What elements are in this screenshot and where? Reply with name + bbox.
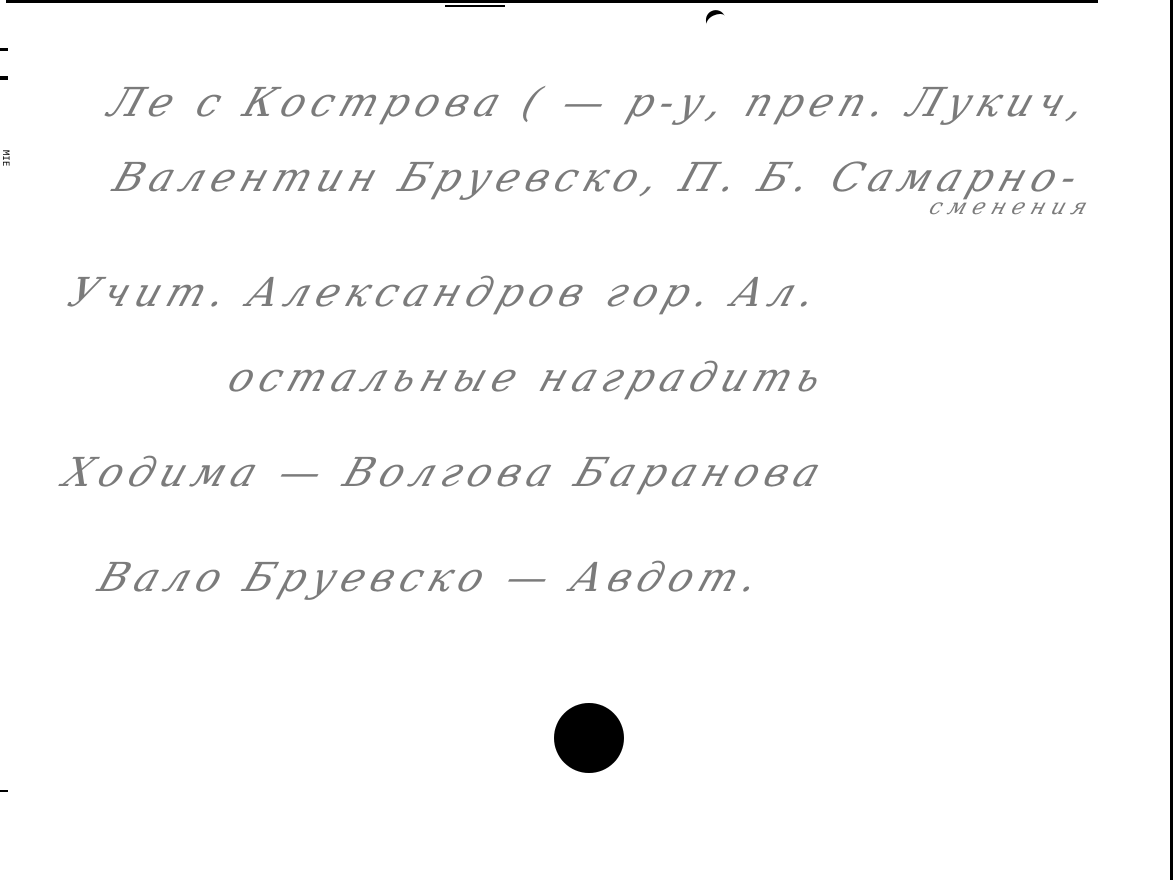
edge-label: MIE: [0, 150, 10, 166]
handwritten-line: Ле с Кострова ( — р-у, преп. Лукич,: [103, 80, 1097, 126]
scan-top-border: [6, 0, 1098, 3]
handwritten-line: Учит. Александров гор. Ал.: [63, 270, 828, 316]
handwritten-line: Ходима — Волгова Баранова: [58, 450, 832, 496]
left-edge-mark: [0, 790, 8, 792]
punch-hole: [554, 703, 624, 773]
pen-stroke: [702, 7, 729, 34]
left-edge-mark: [0, 76, 8, 80]
handwritten-line: остальные наградить: [223, 355, 833, 401]
scan-top-mark: [445, 5, 505, 7]
handwritten-line: сменения: [926, 195, 1096, 220]
handwritten-line: Вало Бруевско — Авдот.: [93, 555, 770, 601]
left-edge-mark: [0, 48, 8, 51]
scan-right-border: [1170, 0, 1173, 880]
